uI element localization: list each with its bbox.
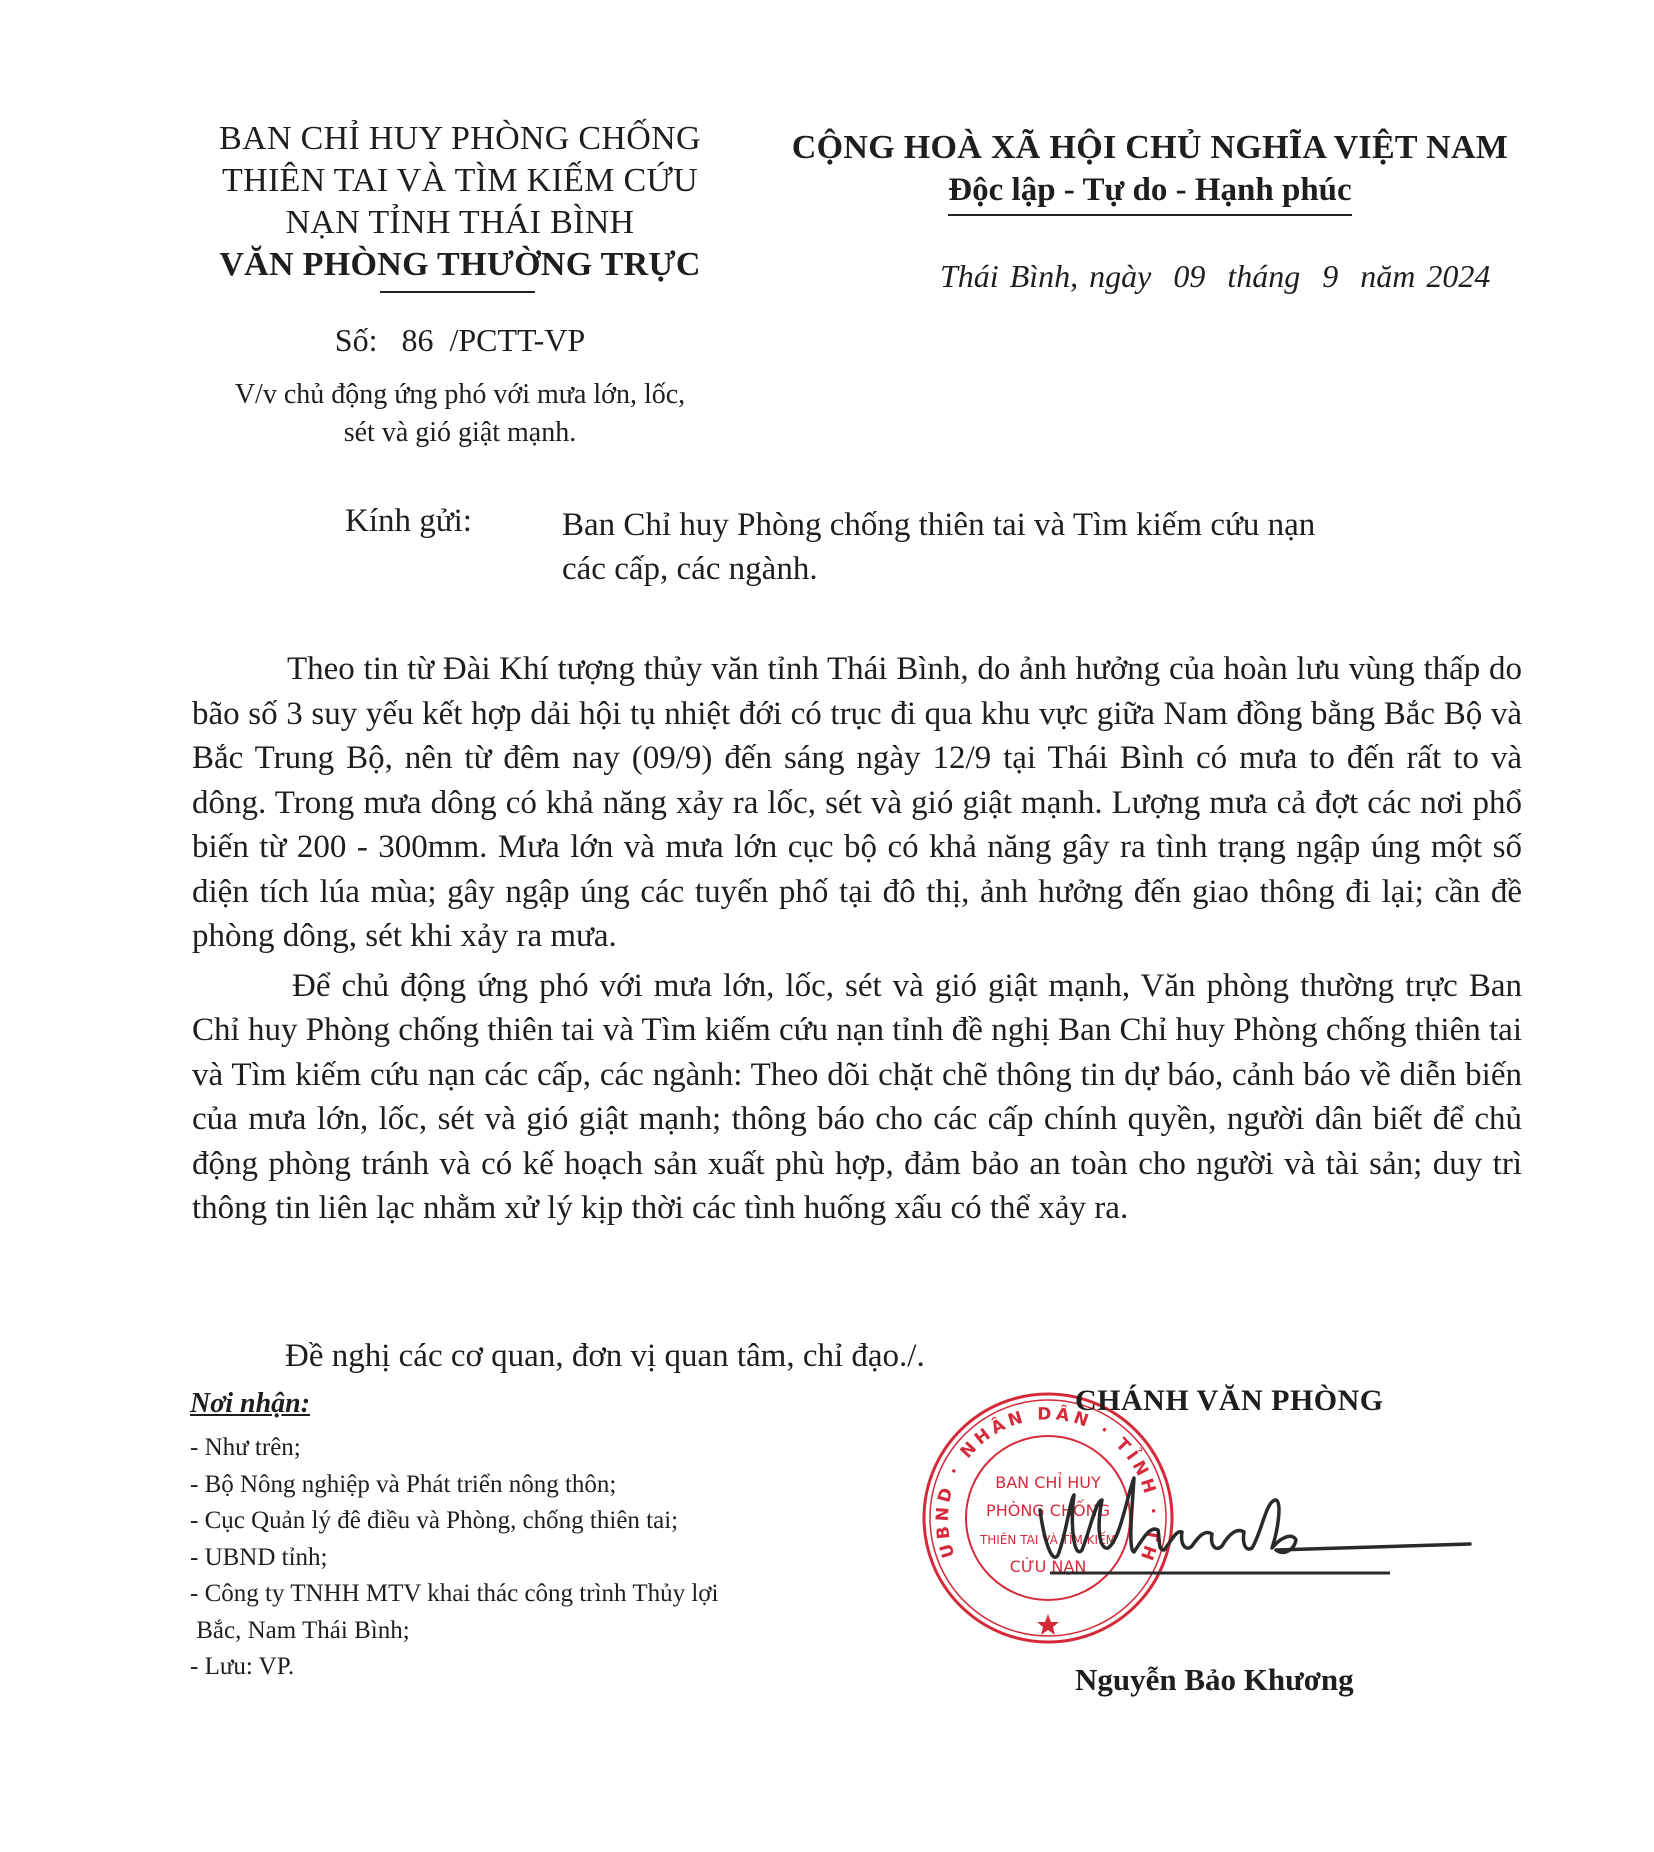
closing-line: Đề nghị các cơ quan, đơn vị quan tâm, ch…: [285, 1338, 925, 1375]
recipient-item: - Công ty TNHH MTV khai thác công trình …: [190, 1576, 718, 1613]
recipient-item: - Bộ Nông nghiệp và Phát triển nông thôn…: [190, 1467, 718, 1504]
subject-line: V/v chủ động ứng phó với mưa lớn, lốc,: [160, 376, 760, 414]
header-rule-container: [160, 0, 760, 300]
recipient-item: - Cục Quản lý đê điều và Phòng, chống th…: [190, 1503, 718, 1540]
body-paragraph: Theo tin từ Đài Khí tượng thủy văn tỉnh …: [192, 647, 1522, 959]
document-subject: V/v chủ động ứng phó với mưa lớn, lốc, s…: [160, 376, 760, 452]
recipient-item: - Như trên;: [190, 1430, 718, 1467]
recipients-list: - Như trên; - Bộ Nông nghiệp và Phát tri…: [190, 1430, 718, 1686]
document-body: Theo tin từ Đài Khí tượng thủy văn tỉnh …: [192, 647, 1522, 1231]
recipient-item: - Lưu: VP.: [190, 1649, 718, 1686]
recipient-addressee: Ban Chỉ huy Phòng chống thiên tai và Tìm…: [562, 503, 1502, 591]
recipient-item: Bắc, Nam Thái Bình;: [190, 1613, 718, 1650]
national-header: CỘNG HOÀ XÃ HỘI CHỦ NGHĨA VIỆT NAM Độc l…: [770, 128, 1530, 216]
subject-line: sét và gió giật mạnh.: [160, 414, 760, 452]
office-underline-rule: [380, 291, 535, 293]
date-line: Thái Bình, ngày 09 tháng 9 năm 2024: [940, 258, 1490, 295]
recipients-title: Nơi nhận:: [190, 1388, 310, 1420]
recipient-label: Kính gửi:: [345, 503, 472, 540]
handwritten-signature-icon: [1030, 1470, 1490, 1580]
recipient-line: Ban Chỉ huy Phòng chống thiên tai và Tìm…: [562, 503, 1502, 547]
recipient-item: - UBND tỉnh;: [190, 1540, 718, 1577]
recipient-line: các cấp, các ngành.: [562, 547, 1502, 591]
signer-title: CHÁNH VĂN PHÒNG: [1075, 1384, 1384, 1418]
document-number: Số: 86 /PCTT-VP: [160, 322, 760, 359]
nation-title: CỘNG HOÀ XÃ HỘI CHỦ NGHĨA VIỆT NAM: [770, 128, 1530, 168]
signer-name: Nguyễn Bảo Khương: [1075, 1662, 1354, 1698]
body-paragraph: Để chủ động ứng phó với mưa lớn, lốc, sé…: [192, 964, 1522, 1231]
national-motto: Độc lập - Tự do - Hạnh phúc: [948, 168, 1351, 216]
